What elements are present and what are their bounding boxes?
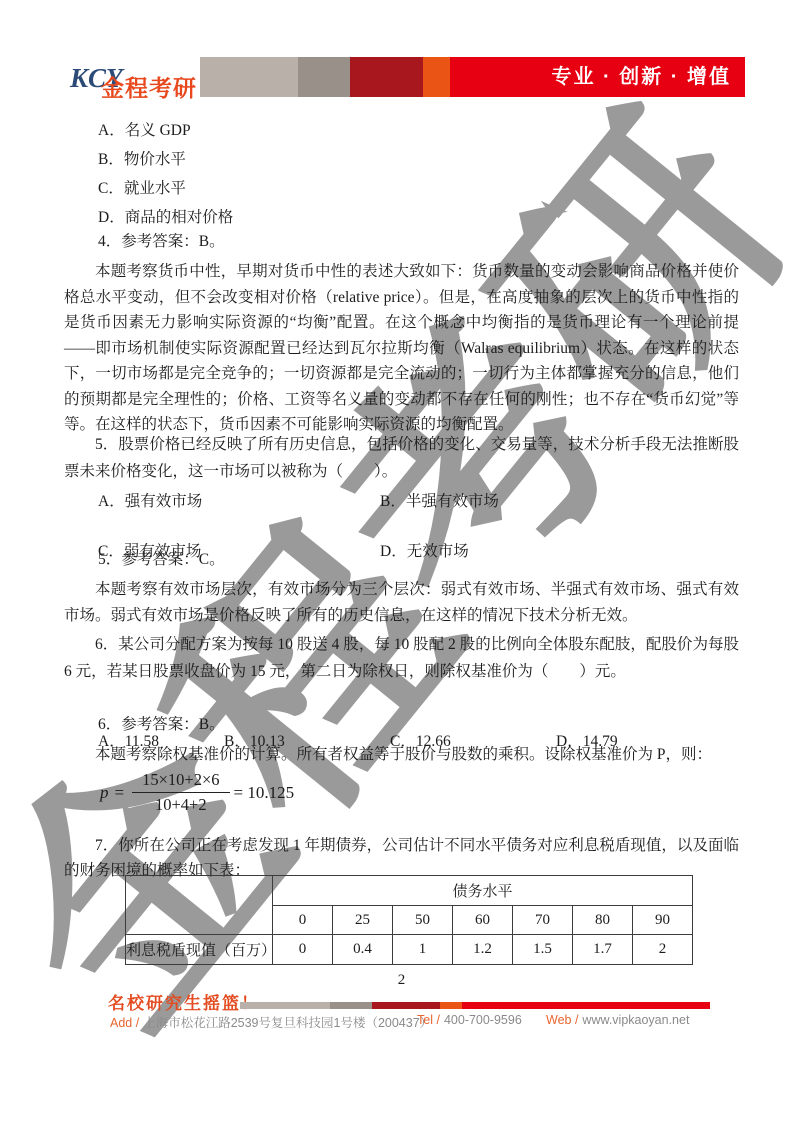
tax-shield-cell: 2 <box>633 935 693 965</box>
footer-bar-midgray <box>330 1002 372 1009</box>
option-c: C．就业水平 <box>64 174 739 203</box>
footer-address: Add /上海市松花江路2539号复旦科技园1号楼（200437） <box>110 1013 432 1031</box>
question5-answer: 5．参考答案：C。 <box>64 549 773 571</box>
footer-bar-darkred <box>372 1002 440 1009</box>
debt-level-table: 债务水平 0 25 50 60 70 80 90 利息税盾现值（百万） 0 0.… <box>125 875 693 965</box>
formula-fraction: 15×10+2×6 10+4+2 <box>132 770 229 815</box>
header-bar-midgray <box>298 57 350 97</box>
debt-level-cell: 70 <box>513 906 573 935</box>
question6-explanation: 本题考察除权基准价的计算。所有者权益等于股价与股数的乘积。设除权基准价为 P，则… <box>64 742 739 768</box>
header-banner-slogan: 专业 · 创新 · 增值 <box>450 57 745 97</box>
fraction-numerator: 15×10+2×6 <box>132 770 229 793</box>
tel-label: Tel / <box>417 1013 440 1027</box>
page-number: 2 <box>64 972 739 989</box>
footer-bar-orange <box>440 1002 462 1009</box>
formula-variable: p <box>100 783 109 803</box>
question6-answer: 6．参考答案：B。 <box>64 714 773 736</box>
tax-shield-cell: 1.5 <box>513 935 573 965</box>
table-row: 利息税盾现值（百万） 0 0.4 1 1.2 1.5 1.7 2 <box>126 935 693 965</box>
debt-table-wrapper: 债务水平 0 25 50 60 70 80 90 利息税盾现值（百万） 0 0.… <box>125 875 693 965</box>
web-value: www.vipkaoyan.net <box>582 1013 689 1027</box>
formula-result: = 10.125 <box>234 783 295 803</box>
option-b: B．物价水平 <box>64 145 739 174</box>
web-label: Web / <box>546 1013 578 1027</box>
footer-bar-gray <box>240 1002 330 1009</box>
document-page: { "header": { "logo_mark": "KCY", "logo_… <box>0 0 793 1122</box>
debt-level-cell: 80 <box>573 906 633 935</box>
question4-answer: 4．参考答案：B。 <box>64 231 773 253</box>
footer-tel: Tel /400-700-9596 <box>417 1013 522 1027</box>
question4-explanation: 本题考察货币中性，早期对货币中性的表述大致如下：货币数量的变动会影响商品价格并使… <box>64 259 739 438</box>
footer-slogan: 名校研究生摇篮！ <box>108 989 260 1014</box>
address-value: 上海市松花江路2539号复旦科技园1号楼（200437） <box>143 1016 432 1030</box>
question5-explanation: 本题考察有效市场层次，有效市场分为三个层次：弱式有效市场、半强式有效市场、强式有… <box>64 577 739 628</box>
debt-level-cell: 25 <box>333 906 393 935</box>
question6-text: 6．某公司分配方案为按每 10 股送 4 股，每 10 股配 2 股的比例向全体… <box>64 632 739 685</box>
tax-shield-cell: 1.2 <box>453 935 513 965</box>
footer-web: Web /www.vipkaoyan.net <box>546 1013 689 1027</box>
header-bar-gray <box>200 57 298 97</box>
tax-shield-cell: 1 <box>393 935 453 965</box>
question5-text: 5．股票价格已经反映了所有历史信息，包括价格的变化、交易量等，技术分析手段无法推… <box>64 432 739 485</box>
tel-value: 400-700-9596 <box>444 1013 522 1027</box>
formula-equals: = <box>115 783 125 803</box>
brand-name: 金程考研 <box>101 70 197 103</box>
ex-rights-price-formula: p = 15×10+2×6 10+4+2 = 10.125 <box>100 770 294 815</box>
option-a: A．名义 GDP <box>64 116 739 145</box>
tax-shield-cell: 0 <box>273 935 333 965</box>
table-header-debt-level: 债务水平 <box>273 876 693 906</box>
question4-options: A．名义 GDP B．物价水平 C．就业水平 D．商品的相对价格 <box>64 116 739 232</box>
question5-options-row1: A．强有效市场 B．半强有效市场 <box>64 491 739 513</box>
footer-bar-red <box>462 1002 710 1009</box>
option-b: B．半强有效市场 <box>380 491 499 513</box>
debt-level-cell: 90 <box>633 906 693 935</box>
table-corner-cell <box>126 876 273 935</box>
tax-shield-cell: 1.7 <box>573 935 633 965</box>
header-bar-darkred <box>350 57 423 97</box>
tax-shield-row-label: 利息税盾现值（百万） <box>126 935 273 965</box>
address-label: Add / <box>110 1016 139 1030</box>
table-row: 债务水平 <box>126 876 693 906</box>
debt-level-cell: 0 <box>273 906 333 935</box>
option-a: A．强有效市场 <box>98 491 202 513</box>
option-d: D．商品的相对价格 <box>64 203 739 232</box>
debt-level-cell: 50 <box>393 906 453 935</box>
header-bar-orange <box>423 57 450 97</box>
debt-level-cell: 60 <box>453 906 513 935</box>
tax-shield-cell: 0.4 <box>333 935 393 965</box>
fraction-denominator: 10+4+2 <box>132 793 229 815</box>
